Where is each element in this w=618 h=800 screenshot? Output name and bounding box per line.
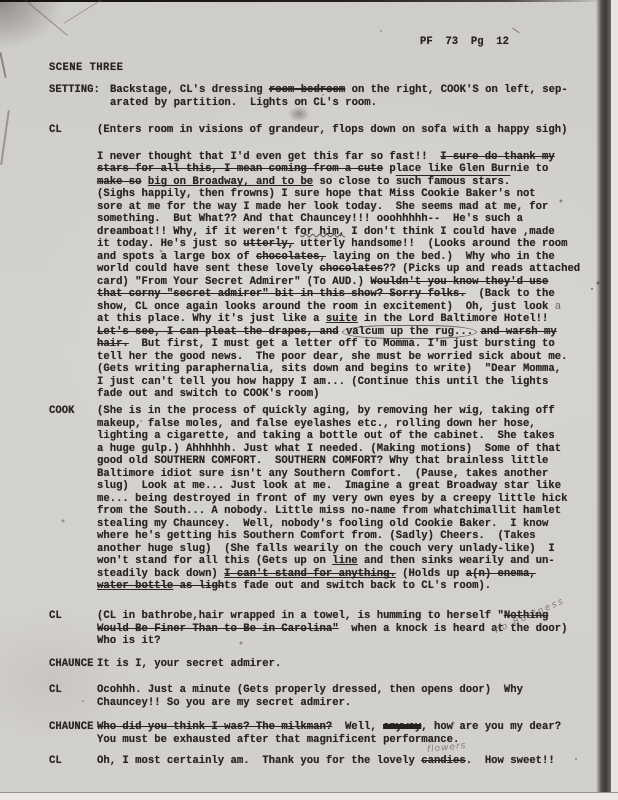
text-segment: fade out and switch to COOK's room) <box>97 388 320 400</box>
script-line: makeup, false moles, and false eyelashes… <box>97 418 608 431</box>
text-segment: another huge slug) (She falls wearily on… <box>97 543 555 555</box>
script-line: something. But What?? And that Chauncey!… <box>97 213 608 226</box>
dialogue-paragraph: (Enters room in visions of grandeur, flo… <box>97 124 608 137</box>
edited-text-segment: a <box>555 301 561 313</box>
edited-text-segment: water bottle <box>97 580 173 592</box>
text-segment: when a knock is heard at the door) <box>339 623 568 635</box>
setting-label: SETTING: <box>49 84 100 97</box>
script-line: (Gets writing paraphernalia, sits down a… <box>97 363 608 376</box>
script-line: I never thought that I'd even get this f… <box>97 151 608 164</box>
edited-text-segment: utterly, <box>243 238 294 250</box>
script-line: dreamboat!! Why, if it weren't for him, … <box>97 226 608 239</box>
scene-heading: SCENE THREE <box>49 62 123 75</box>
setting-block: SETTING: Backstage, CL's dressing room-b… <box>49 84 606 109</box>
script-line: make so big on Broadway, and to be so cl… <box>97 176 608 189</box>
page-edge-highlight <box>611 0 618 800</box>
text-segment: makeup, false moles, and false eyelashes… <box>97 418 536 430</box>
page-bottom-edge <box>0 792 618 800</box>
speaker-label: CHAUNCE <box>49 721 94 734</box>
edited-text-segment: hair. <box>97 338 129 350</box>
speaker-label: CHAUNCE <box>49 658 94 671</box>
text-segment: Who is it? <box>97 635 161 647</box>
text-segment: in the Lord Baltimore Hotel!! <box>358 313 549 325</box>
script-line: world could have sent these lovely choco… <box>97 263 608 276</box>
text-segment: handsome!! (Looks around the room <box>345 238 568 250</box>
page-edge-shadow <box>596 0 611 800</box>
dialogue-paragraph: It is I, your secret admirer. <box>97 658 608 671</box>
text-segment: show, CL once again looks around the roo… <box>97 301 555 313</box>
script-line: It is I, your secret admirer. <box>97 658 608 671</box>
speaker-label: CL <box>49 124 62 137</box>
text-segment: steadily back down) <box>97 568 224 580</box>
text-segment: where he's getting his Southern Comfort … <box>97 530 536 542</box>
dialogue-entry: CL(Enters room in visions of grandeur, f… <box>49 124 608 401</box>
text-segment: card) "From Your Secret Admirer" (To AUD… <box>97 276 370 288</box>
edited-text-segment: a(n) enema, <box>466 568 536 580</box>
dialogue-text: Oh, I most certainly am. Thank you for t… <box>97 755 608 768</box>
text-segment: sore at me for the way I made her look t… <box>97 201 548 213</box>
text-segment: You must be exhausted after that magnifi… <box>97 734 459 746</box>
text-segment: tell her the good news. The poor dear, s… <box>97 351 567 363</box>
script-line: sore at me for the way I made her look t… <box>97 201 608 214</box>
dialogue-text: (She is in the process of quickly aging,… <box>97 405 608 593</box>
text-segment: something. But What?? And that Chauncey!… <box>97 213 523 225</box>
text-segment: at this place. Why it's just like a <box>97 313 326 325</box>
script-line: Ocohhh. Just a minute (Gets properly dre… <box>97 684 608 697</box>
edited-text-segment: I sure do thank my <box>440 151 554 163</box>
dialogue-text: It is I, your secret admirer. <box>97 658 608 671</box>
script-line: I just can't tell you how happy I am... … <box>97 376 608 389</box>
text-segment: Backstage, CL's dressing <box>110 84 269 96</box>
text-segment: place like Glen Burnie to <box>383 163 548 175</box>
dialogue-entry: CHAUNCEWho did you think I was? The milk… <box>49 721 608 746</box>
text-segment: , how are you my dear? <box>421 721 561 733</box>
dialogue-text: Who did you think I was? The milkman? We… <box>97 721 608 746</box>
dialogue-entry: CHAUNCEIt is I, your secret admirer. <box>49 658 608 671</box>
script-line: Let's see, I can pleat the drapes, and v… <box>97 326 608 339</box>
pencil-tick-mark <box>512 28 519 33</box>
text-segment: . How sweet!! <box>466 755 555 767</box>
script-line: me... being destroyed in front of my ver… <box>97 493 608 506</box>
text-segment: it today. He's just so <box>97 238 243 250</box>
dialogue-entry: CLOcohhh. Just a minute (Gets properly d… <box>49 684 608 709</box>
script-line: Who did you think I was? The milkman? We… <box>97 721 608 734</box>
text-segment: It is I, your secret admirer. <box>97 658 281 670</box>
script-line: a huge gulp.) Ahhhhhh. Just what I neede… <box>97 443 608 456</box>
edited-text-segment: Who did you think I was? The milkman? <box>97 721 332 733</box>
script-line: You must be exhausted after that magnifi… <box>97 734 608 747</box>
edited-text-segment: room-bedroom <box>269 84 345 96</box>
text-segment: Oh, I most certainly am. Thank you for t… <box>97 755 421 767</box>
text-segment: and spots a large box of <box>97 251 256 263</box>
script-line: lighting a cigarette, and taking a bottl… <box>97 430 608 443</box>
script-line: water bottle as lights fade out and swit… <box>97 580 608 593</box>
script-line: it today. He's just so utterly, utterly … <box>97 238 608 251</box>
edited-text-segment: I can't stand for anything. <box>224 568 396 580</box>
text-segment: (Back to the <box>466 288 555 300</box>
script-line: (Sighs happily, then frowns) I sure hope… <box>97 188 608 201</box>
photocopy-top-edge <box>0 0 618 2</box>
edited-text-segment: Would Be Finer Than to Be in Carolina" <box>97 623 339 635</box>
edited-text-segment: as ligh <box>173 580 224 592</box>
paper-crease <box>64 0 111 23</box>
speaker-label: CL <box>49 684 62 697</box>
script-line: from the South... A nobody. Little miss … <box>97 505 608 518</box>
script-line: Chauncey!! So you are my secret admirer. <box>97 697 608 710</box>
script-line: show, CL once again looks around the roo… <box>97 301 608 314</box>
edited-text-segment: suite <box>326 313 358 325</box>
edited-text-segment: big on Broadway, and to be <box>148 176 313 188</box>
text-segment: ?? (Picks up and reads attached <box>383 263 580 275</box>
edited-text-segment: utterly <box>300 238 345 250</box>
text-segment: Chauncey!! So you are my secret admirer. <box>97 697 351 709</box>
script-line: stealing my Chauncey. Well, nobody's foo… <box>97 518 608 531</box>
text-segment: slug) Look at me... Just look at me. Ima… <box>97 480 561 492</box>
edited-text-segment: line <box>332 555 357 567</box>
text-segment: (CL in bathrobe,hair wrapped in a towel,… <box>97 610 504 622</box>
script-page-scan: PF 73 Pg 12 SCENE THREE SETTING: Backsta… <box>0 0 618 800</box>
script-line: slug) Look at me... Just look at me. Ima… <box>97 480 608 493</box>
speaker-label: CL <box>49 755 62 768</box>
dialogue-paragraph: (She is in the process of quickly aging,… <box>97 405 608 593</box>
text-segment: ts fade out and switch back to CL's room… <box>224 580 491 592</box>
script-line: where he's getting his Southern Comfort … <box>97 530 608 543</box>
setting-text: Backstage, CL's dressing room-bedroom on… <box>110 84 606 109</box>
paper-crease <box>0 110 10 165</box>
text-segment: a huge gulp.) Ahhhhhh. Just what I neede… <box>97 443 561 455</box>
photocopy-speckles <box>0 0 2 2</box>
script-line: good old SOUTHERN COMFORT. SOUTHERN COMF… <box>97 455 608 468</box>
text-segment: won't stand for all this (Gets up on <box>97 555 332 567</box>
text-segment: Ocohhh. Just a minute (Gets properly dre… <box>97 684 523 696</box>
dialogue-paragraph: Ocohhh. Just a minute (Gets properly dre… <box>97 684 608 709</box>
text-segment: arated by partition. Lights on CL's room… <box>110 97 377 109</box>
edited-text-segment: that corny "secret admirer" bit in this … <box>97 288 466 300</box>
text-segment: so close to <box>313 176 396 188</box>
dialogue-paragraph: I never thought that I'd even get this f… <box>97 151 608 401</box>
text-segment: lighting a cigarette, and taking a bottl… <box>97 430 555 442</box>
script-line: fade out and switch to COOK's room) <box>97 388 608 401</box>
script-line: and spots a large box of chocolates, lay… <box>97 251 608 264</box>
script-line: stars for all this, I mean coming from a… <box>97 163 608 176</box>
script-line: (She is in the process of quickly aging,… <box>97 405 608 418</box>
paper-crease <box>12 0 68 36</box>
speaker-label: COOK <box>49 405 74 418</box>
script-line: at this place. Why it's just like a suit… <box>97 313 608 326</box>
script-line: Would Be Finer Than to Be in Carolina" w… <box>97 623 608 636</box>
script-line: Baltimore idiot sure isn't any Southern … <box>97 468 608 481</box>
dialogue-text: (Enters room in visions of grandeur, flo… <box>97 124 608 401</box>
text-segment: (She is in the process of quickly aging,… <box>97 405 555 417</box>
script-line: card) "From Your Secret Admirer" (To AUD… <box>97 276 608 289</box>
page-reference: PF 73 Pg 12 <box>420 36 509 49</box>
edited-text-segment: chocolates <box>320 263 384 275</box>
edited-text-segment: make so <box>97 176 142 188</box>
text-segment: stealing my Chauncey. Well, nobody's foo… <box>97 518 548 530</box>
edited-text-segment: Let's see, I can pleat the drapes, and <box>97 326 339 338</box>
script-line: (Enters room in visions of grandeur, flo… <box>97 124 608 137</box>
edited-text-segment: valcum up the rug... <box>342 325 477 339</box>
dialogue-text: Ocohhh. Just a minute (Gets properly dre… <box>97 684 608 709</box>
text-segment: (Enters room in visions of grandeur, flo… <box>97 124 567 136</box>
script-line: tell her the good news. The poor dear, s… <box>97 351 608 364</box>
script-line: that corny "secret admirer" bit in this … <box>97 288 608 301</box>
script-line: Backstage, CL's dressing room-bedroom on… <box>110 84 606 97</box>
dialogue-paragraph: Oh, I most certainly am. Thank you for t… <box>97 755 608 768</box>
script-line: won't stand for all this (Gets up on lin… <box>97 555 608 568</box>
text-segment: me... being destroyed in front of my ver… <box>97 493 567 505</box>
edited-text-segment: anyway <box>383 721 421 733</box>
script-line: Who is it? <box>97 635 608 648</box>
text-segment: laying on the bed.) Why who in the <box>326 251 555 263</box>
script-line: another huge slug) (She falls wearily on… <box>97 543 608 556</box>
dialogue-paragraph: Who did you think I was? The milkman? We… <box>97 721 608 746</box>
speaker-label: CL <box>49 610 62 623</box>
text-segment: (Sighs happily, then frowns) I sure hope… <box>97 188 536 200</box>
edited-text-segment: chocolates, <box>256 251 326 263</box>
text-segment: and then sinks wearily and un- <box>358 555 555 567</box>
text-segment: But first, I must get a letter off to Mo… <box>129 338 555 350</box>
paper-crease <box>0 52 7 78</box>
text-segment: (Gets writing paraphernalia, sits down a… <box>97 363 561 375</box>
edited-text-segment: Wouldn't you know they'd use <box>370 276 548 288</box>
edited-text-segment: such famous stars. <box>396 176 510 188</box>
script-line: hair. But first, I must get a letter off… <box>97 338 608 351</box>
text-segment: world could have sent these lovely <box>97 263 320 275</box>
dialogue-entry: COOK(She is in the process of quickly ag… <box>49 405 608 593</box>
text-segment: dreamboat!! Why, if it weren't for him, … <box>97 226 555 238</box>
text-segment: Well, <box>332 721 383 733</box>
edited-text-segment: and warsh my <box>480 326 556 338</box>
text-segment: good old SOUTHERN COMFORT. SOUTHERN COMF… <box>97 455 548 467</box>
text-segment: I never thought that I'd even get this f… <box>97 151 440 163</box>
text-segment: Baltimore idiot sure isn't any Southern … <box>97 468 548 480</box>
text-segment: I just can't tell you how happy I am... … <box>97 376 548 388</box>
text-segment: from the South... A nobody. Little miss … <box>97 505 561 517</box>
script-line: Oh, I most certainly am. Thank you for t… <box>97 755 608 768</box>
script-line: steadily back down) I can't stand for an… <box>97 568 608 581</box>
dialogue-entry: CLOh, I most certainly am. Thank you for… <box>49 755 608 768</box>
text-segment: on the right, COOK'S on left, sep- <box>345 84 568 96</box>
edited-text-segment: stars for all this, I mean coming from a… <box>97 163 383 175</box>
edited-text-segment: candies <box>421 755 466 767</box>
script-line: arated by partition. Lights on CL's room… <box>110 97 606 110</box>
text-segment: (Holds up <box>396 568 466 580</box>
